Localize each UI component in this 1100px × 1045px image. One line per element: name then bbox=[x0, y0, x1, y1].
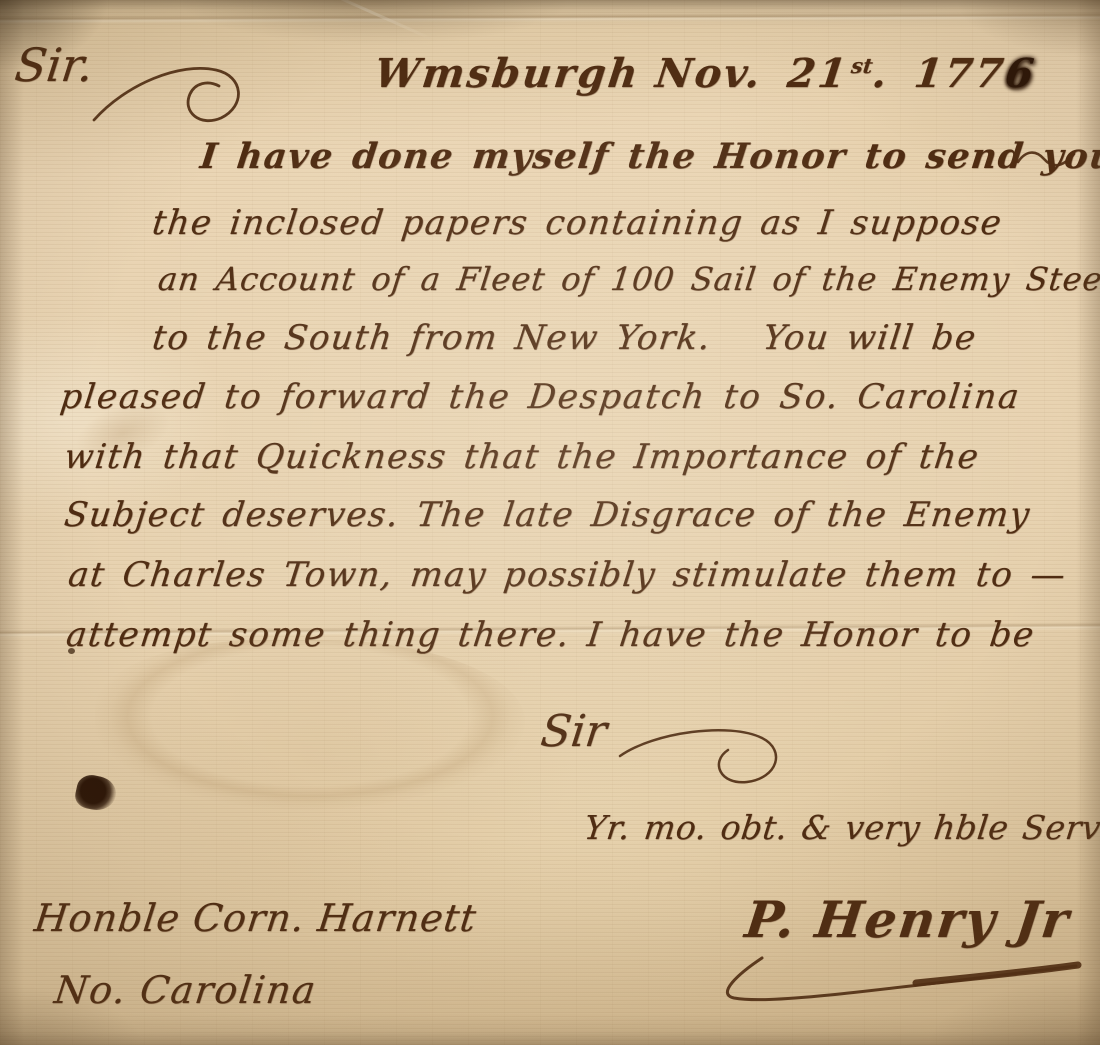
body-line: with that Quickness that the Importance … bbox=[62, 437, 982, 477]
water-stain bbox=[95, 640, 525, 810]
body-line: to the South from New York. You will be bbox=[150, 318, 979, 358]
dateline-year-ink-blot: 6 bbox=[1003, 50, 1039, 97]
dateline-separator: . bbox=[870, 50, 918, 97]
body-line: pleased to forward the Despatch to So. C… bbox=[58, 377, 1023, 417]
body-line: I have done myself the Honor to send you bbox=[198, 136, 1100, 177]
closing-salutation: Sir bbox=[538, 706, 610, 757]
dateline-ordinal: st bbox=[850, 53, 874, 78]
body-line: at Charles Town, may possibly stimulate … bbox=[66, 555, 1069, 595]
dateline: WmsburghNov. 21st. 1776 bbox=[372, 50, 1039, 97]
valediction: Yr. mo. obt. & very hble Servt bbox=[582, 808, 1100, 847]
worn-edge-chip bbox=[0, 372, 60, 464]
ink-blot bbox=[73, 772, 119, 814]
body-line: Subject deserves. The late Disgrace of t… bbox=[62, 495, 1033, 535]
dateline-year: 177 bbox=[912, 50, 1009, 97]
body-line: the inclosed papers containing as I supp… bbox=[150, 203, 1005, 243]
letter-paper: Sir. WmsburghNov. 21st. 1776 I have done… bbox=[0, 0, 1100, 1045]
fold-crease-line bbox=[0, 12, 1100, 24]
address-region: No. Carolina bbox=[52, 968, 319, 1012]
fold-crease-top bbox=[0, 12, 1100, 24]
signature-flourish-icon bbox=[706, 950, 1090, 1008]
dateline-day: Nov. 21 bbox=[653, 50, 851, 97]
diagonal-crease bbox=[292, 0, 430, 39]
body-line: attempt some thing there. I have the Hon… bbox=[64, 615, 1037, 655]
signature: P. Henry Jr bbox=[742, 890, 1074, 949]
body-line: an Account of a Fleet of 100 Sail of the… bbox=[156, 260, 1100, 298]
salutation: Sir. bbox=[12, 38, 96, 92]
address-recipient: Honble Corn. Harnett bbox=[32, 896, 479, 940]
dateline-place: Wmsburgh bbox=[372, 50, 643, 97]
salutation-flourish-icon bbox=[92, 56, 252, 142]
closing-flourish-icon bbox=[618, 722, 798, 794]
